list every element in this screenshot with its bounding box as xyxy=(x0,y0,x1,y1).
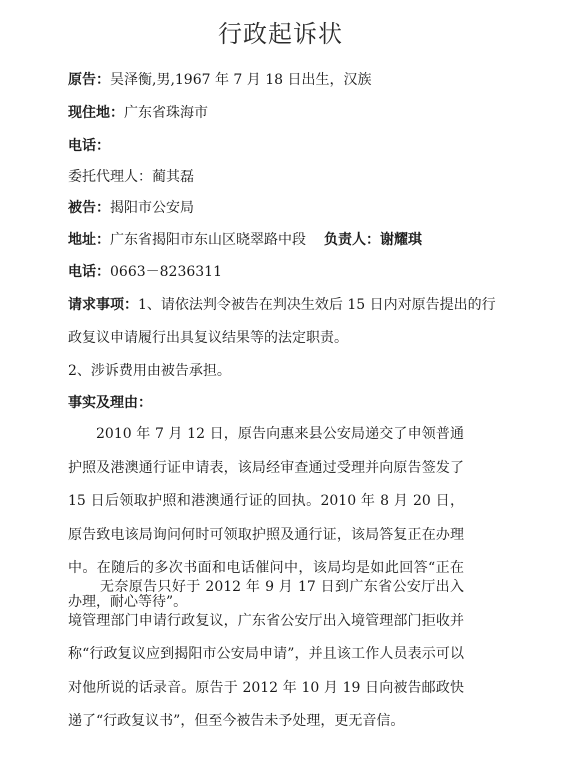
residence-label: 现住地： xyxy=(68,105,124,121)
agent-line: 委托代理人：蔺其磊 xyxy=(68,167,468,187)
defendant-phone-line: 电话：0663－8236311 xyxy=(68,262,468,282)
defendant-line: 被告：揭阳市公安局 xyxy=(68,198,468,218)
claims-line-1: 请求事项：1、请依法判令被告在判决生效后 15 日内对原告提出的行 xyxy=(68,295,468,315)
responsible-label: 负责人： xyxy=(324,232,380,248)
facts-heading-line: 事实及理由： xyxy=(68,393,468,413)
plaintiff-label: 原告： xyxy=(68,72,110,88)
defendant-value: 揭阳市公安局 xyxy=(110,200,194,216)
plaintiff-line: 原告：吴泽衡,男,1967 年 7 月 18 日出生，汉族 xyxy=(68,70,468,90)
plaintiff-phone-label: 电话： xyxy=(68,138,110,154)
address-label: 地址： xyxy=(68,232,110,248)
claim-1-line-1: 1、请依法判令被告在判决生效后 15 日内对原告提出的行 xyxy=(138,297,496,313)
facts-label: 事实及理由： xyxy=(68,395,152,411)
document-title: 行政起诉状 xyxy=(0,14,561,49)
document-page: 行政起诉状 原告：吴泽衡,男,1967 年 7 月 18 日出生，汉族 现住地：… xyxy=(0,0,561,760)
defendant-phone-value: 0663－8236311 xyxy=(110,264,222,280)
claim-1-line-2: 政复议申请履行出具复议结果等的法定职责。 xyxy=(68,330,348,346)
responsible-value: 谢耀琪 xyxy=(380,232,422,248)
claims-line-3: 2、涉诉费用由被告承担。 xyxy=(68,361,468,381)
address-value: 广东省揭阳市东山区晓翠路中段 xyxy=(110,232,306,248)
address-line: 地址：广东省揭阳市东山区晓翠路中段负责人：谢耀琪 xyxy=(68,230,468,250)
agent-label: 委托代理人： xyxy=(68,169,152,185)
plaintiff-value: 吴泽衡,男,1967 年 7 月 18 日出生，汉族 xyxy=(110,72,372,88)
claim-2: 2、涉诉费用由被告承担。 xyxy=(68,363,231,379)
defendant-phone-label: 电话： xyxy=(68,264,110,280)
agent-value: 蔺其磊 xyxy=(152,169,194,185)
residence-value: 广东省珠海市 xyxy=(124,105,208,121)
facts-paragraph-2: 无奈原告只好于 2012 年 9 月 17 日到广东省公安厅出入境管理部门申请行… xyxy=(68,571,464,739)
defendant-label: 被告： xyxy=(68,200,110,216)
claims-line-2: 政复议申请履行出具复议结果等的法定职责。 xyxy=(68,328,468,348)
claims-label: 请求事项： xyxy=(68,297,138,313)
residence-line: 现住地：广东省珠海市 xyxy=(68,103,468,123)
plaintiff-phone-line: 电话： xyxy=(68,136,468,156)
